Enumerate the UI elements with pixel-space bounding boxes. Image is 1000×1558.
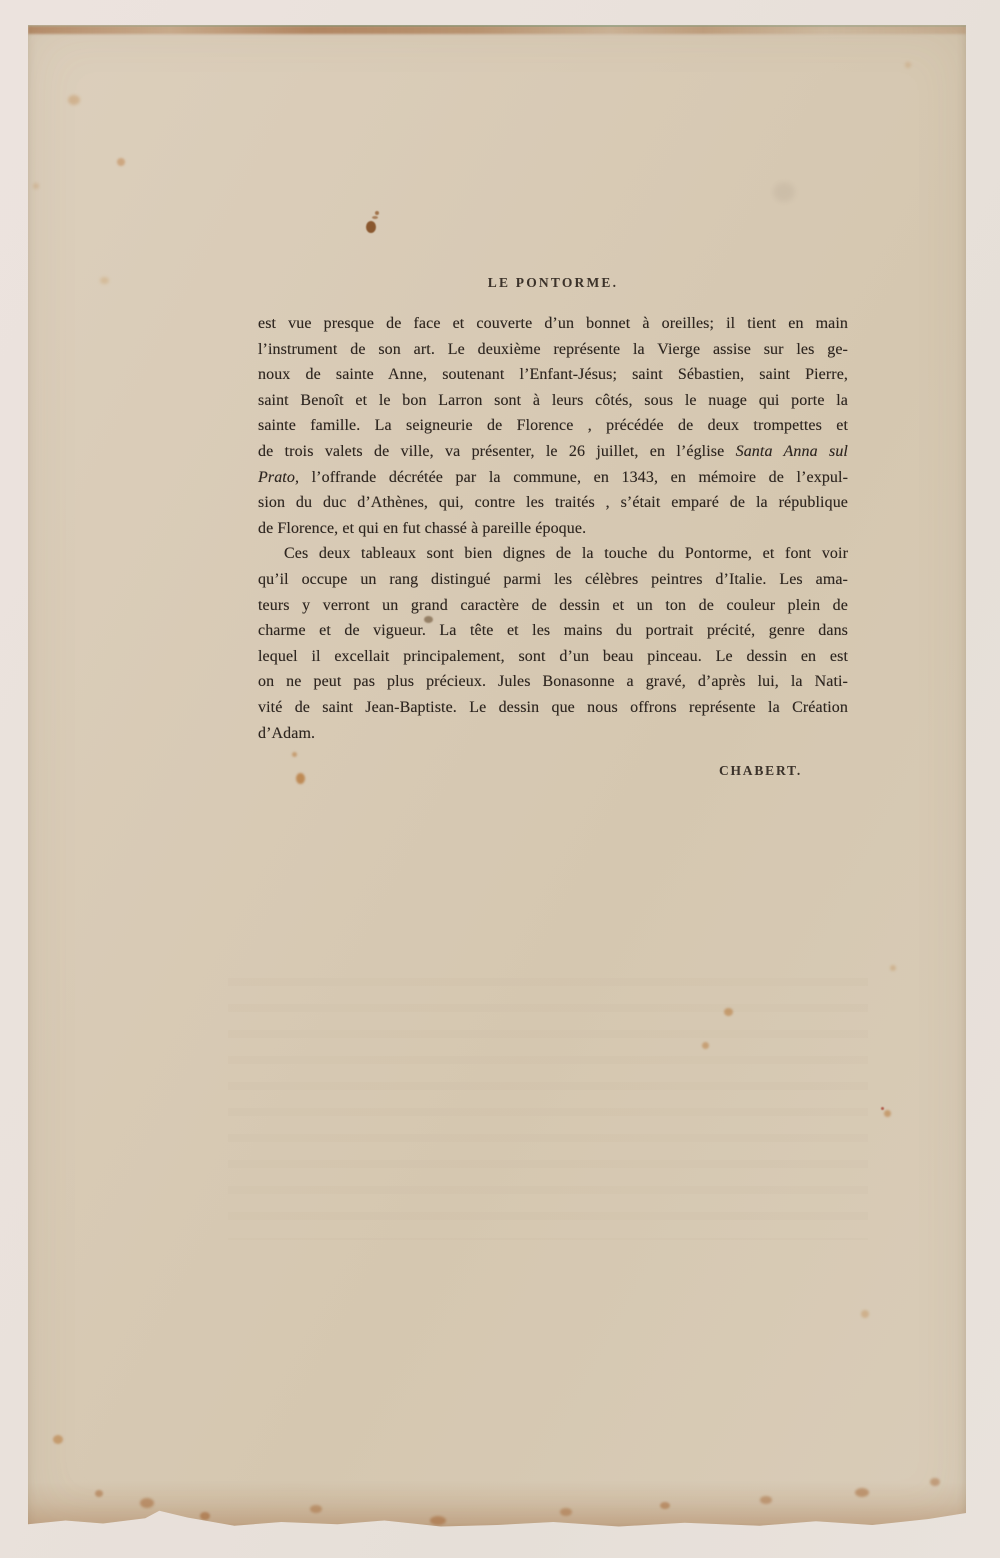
foxing-stain	[100, 277, 109, 284]
foxing-stain	[375, 211, 379, 215]
text-line: noux de sainte Anne, soutenant l’Enfant-…	[258, 362, 848, 388]
signature: CHABERT.	[258, 763, 848, 779]
photo-backdrop: { "header": { "title": "LE PONTORME." },…	[0, 0, 1000, 1558]
foxing-stain	[773, 182, 795, 202]
text-line: est vue presque de face et couverte d’un…	[258, 311, 848, 337]
reverse-side-showthrough	[228, 960, 868, 1240]
text-line: on ne peut pas plus précieux. Jules Bona…	[258, 669, 848, 695]
text-line: Prato, l’offrande décrétée par la commun…	[258, 465, 848, 491]
text-line: de Florence, et qui en fut chassé à pare…	[258, 516, 848, 542]
scanned-page: LE PONTORME. est vue presque de face et …	[28, 25, 966, 1528]
text-block: est vue presque de face et couverte d’un…	[258, 311, 848, 746]
text-line: sion du duc d’Athènes, qui, contre les t…	[258, 490, 848, 516]
foxing-stain	[292, 752, 297, 757]
foxing-stain	[372, 216, 378, 219]
foxing-stain	[890, 965, 896, 971]
foxing-stain	[905, 62, 911, 68]
page-top-rust-band	[28, 26, 966, 34]
running-head: LE PONTORME.	[258, 275, 848, 291]
text-line: charme et de vigueur. La tête et les mai…	[258, 618, 848, 644]
foxing-stain	[366, 221, 376, 233]
foxing-stain	[68, 95, 80, 105]
text-line: Ces deux tableaux sont bien dignes de la…	[258, 541, 848, 567]
foxing-stain	[117, 158, 125, 166]
text-line: saint Benoît et le bon Larron sont à leu…	[258, 388, 848, 414]
text-line: teurs y verront un grand caractère de de…	[258, 593, 848, 619]
foxing-stain	[881, 1107, 884, 1110]
page-bottom-rust-band	[28, 1482, 966, 1528]
text-line: d’Adam.	[258, 721, 848, 747]
text-line: qu’il occupe un rang distingué parmi les…	[258, 567, 848, 593]
text-line: vité de saint Jean-Baptiste. Le dessin q…	[258, 695, 848, 721]
foxing-stain	[33, 183, 39, 189]
foxing-stain	[53, 1435, 63, 1444]
text-line: sainte famille. La seigneurie de Florenc…	[258, 413, 848, 439]
text-line: de trois valets de ville, va présenter, …	[258, 439, 848, 465]
text-line: l’instrument de son art. Le deuxième rep…	[258, 337, 848, 363]
foxing-stain	[861, 1310, 869, 1318]
foxing-stain	[884, 1110, 891, 1117]
text-line: lequel il excellait principalement, sont…	[258, 644, 848, 670]
